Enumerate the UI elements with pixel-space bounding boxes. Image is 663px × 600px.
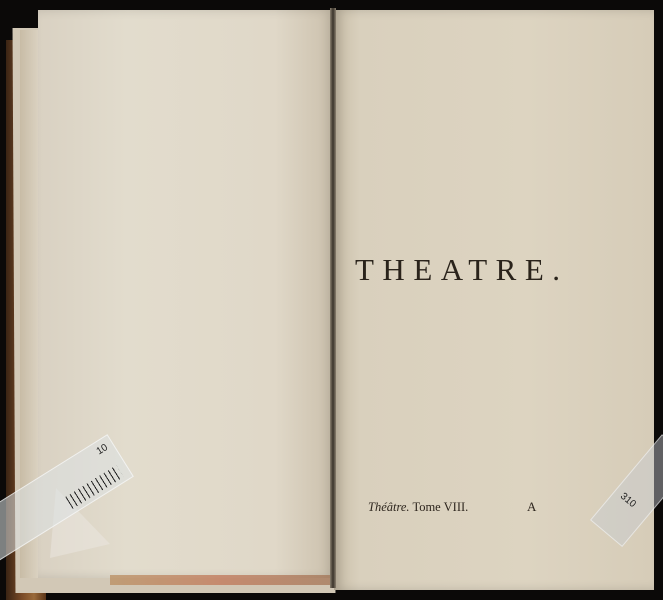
page-title: THEATRE. xyxy=(355,252,595,288)
bottom-page-edge xyxy=(110,575,330,585)
page-footer: Théâtre. Tome VIII. xyxy=(368,500,468,515)
ruler-right-label: 310 xyxy=(618,491,638,510)
ruler-left-label: 10 xyxy=(95,442,110,457)
signature-mark: A xyxy=(527,499,536,515)
book-gutter xyxy=(330,8,336,588)
footer-volume: Tome VIII. xyxy=(410,500,469,514)
footer-italic-title: Théâtre. xyxy=(368,500,410,514)
